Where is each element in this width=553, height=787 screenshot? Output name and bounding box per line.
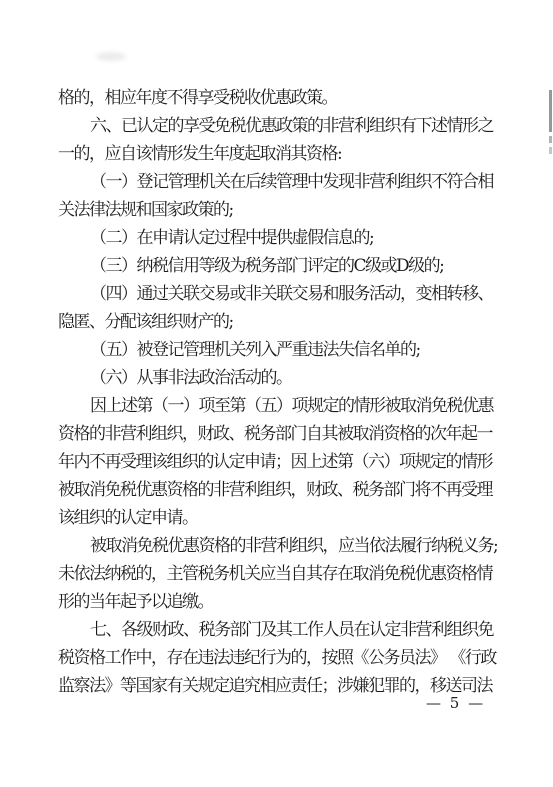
text-line: 一的，应自该情形发生年度起取消其资格: — [58, 140, 498, 168]
text-line: 该组织的认定申请。 — [58, 504, 498, 532]
text-line: 资格的非营利组织，财政、税务部门自其被取消资格的次年起一 — [58, 420, 498, 448]
scanned-document-page: 格的，相应年度不得享受税收优惠政策。 六、已认定的享受免税优惠政策的非营利组织有… — [0, 0, 553, 787]
page-number: — 5 — — [426, 694, 485, 712]
text-line: 关法律法规和国家政策的; — [58, 196, 498, 224]
text-line: （六）从事非法政治活动的。 — [58, 364, 498, 392]
text-line: 七、各级财政、税务部门及其工作人员在认定非营利组织免 — [58, 616, 498, 644]
document-body: 格的，相应年度不得享受税收优惠政策。 六、已认定的享受免税优惠政策的非营利组织有… — [58, 84, 498, 700]
text-line: （二）在申请认定过程中提供虚假信息的; — [58, 224, 498, 252]
scan-edge-mark — [549, 90, 552, 132]
text-line: 税资格工作中，存在违法违纪行为的，按照《公务员法》 《行政 — [58, 644, 498, 672]
scan-edge-mark — [549, 136, 552, 143]
text-line: 被取消免税优惠资格的非营利组织，应当依法履行纳税义务; — [58, 532, 498, 560]
text-line: （五）被登记管理机关列入严重违法失信名单的; — [58, 336, 498, 364]
text-line: 格的，相应年度不得享受税收优惠政策。 — [58, 84, 498, 112]
scan-edge-mark — [549, 147, 552, 154]
text-line: 因上述第（一）项至第（五）项规定的情形被取消免税优惠 — [58, 392, 498, 420]
text-line: （四）通过关联交易或非关联交易和服务活动，变相转移、 — [58, 280, 498, 308]
text-line: （一）登记管理机关在后续管理中发现非营利组织不符合相 — [58, 168, 498, 196]
text-line: 年内不再受理该组织的认定申请；因上述第（六）项规定的情形 — [58, 448, 498, 476]
text-line: 未依法纳税的，主管税务机关应当自其存在取消免税优惠资格情 — [58, 560, 498, 588]
text-line: 六、已认定的享受免税优惠政策的非营利组织有下述情形之 — [58, 112, 498, 140]
scan-smudge-artifact — [96, 52, 126, 61]
text-line: （三）纳税信用等级为税务部门评定的C级或D级的; — [58, 252, 498, 280]
text-line: 形的当年起予以追缴。 — [58, 588, 498, 616]
text-line: 被取消免税优惠资格的非营利组织，财政、税务部门将不再受理 — [58, 476, 498, 504]
text-line: 隐匿、分配该组织财产的; — [58, 308, 498, 336]
